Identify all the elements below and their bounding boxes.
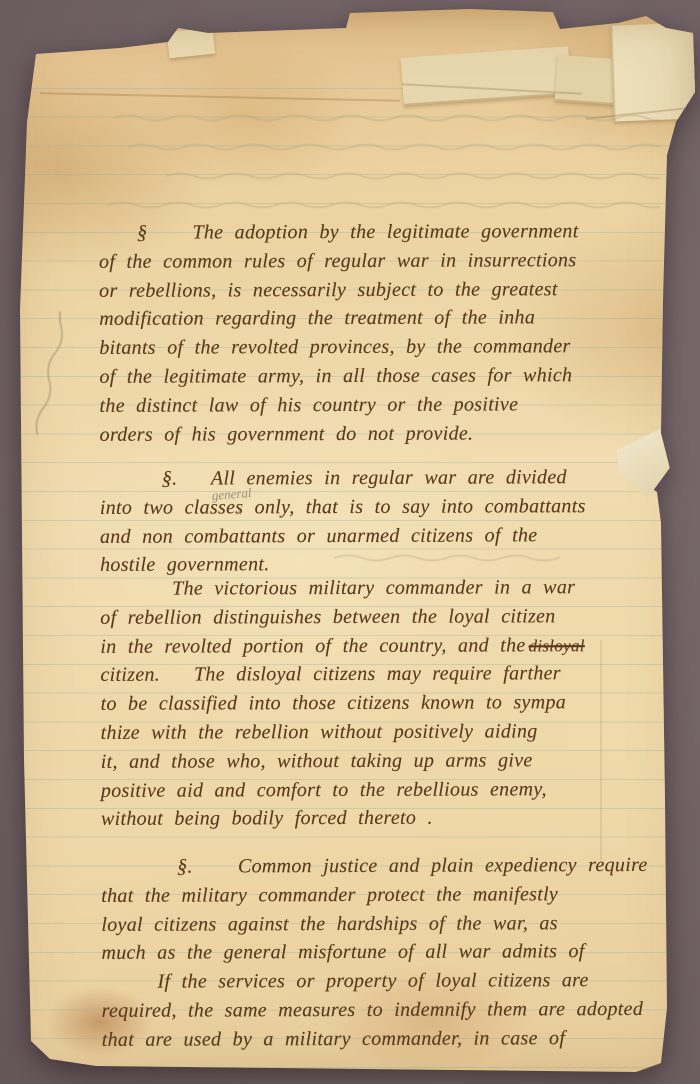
manuscript-page: § The adoption by the legitimate governm… xyxy=(0,0,700,1084)
edge-toning xyxy=(0,0,700,1084)
photographed-manuscript: § The adoption by the legitimate governm… xyxy=(0,0,700,1084)
paper-sheet: § The adoption by the legitimate governm… xyxy=(0,0,700,1084)
